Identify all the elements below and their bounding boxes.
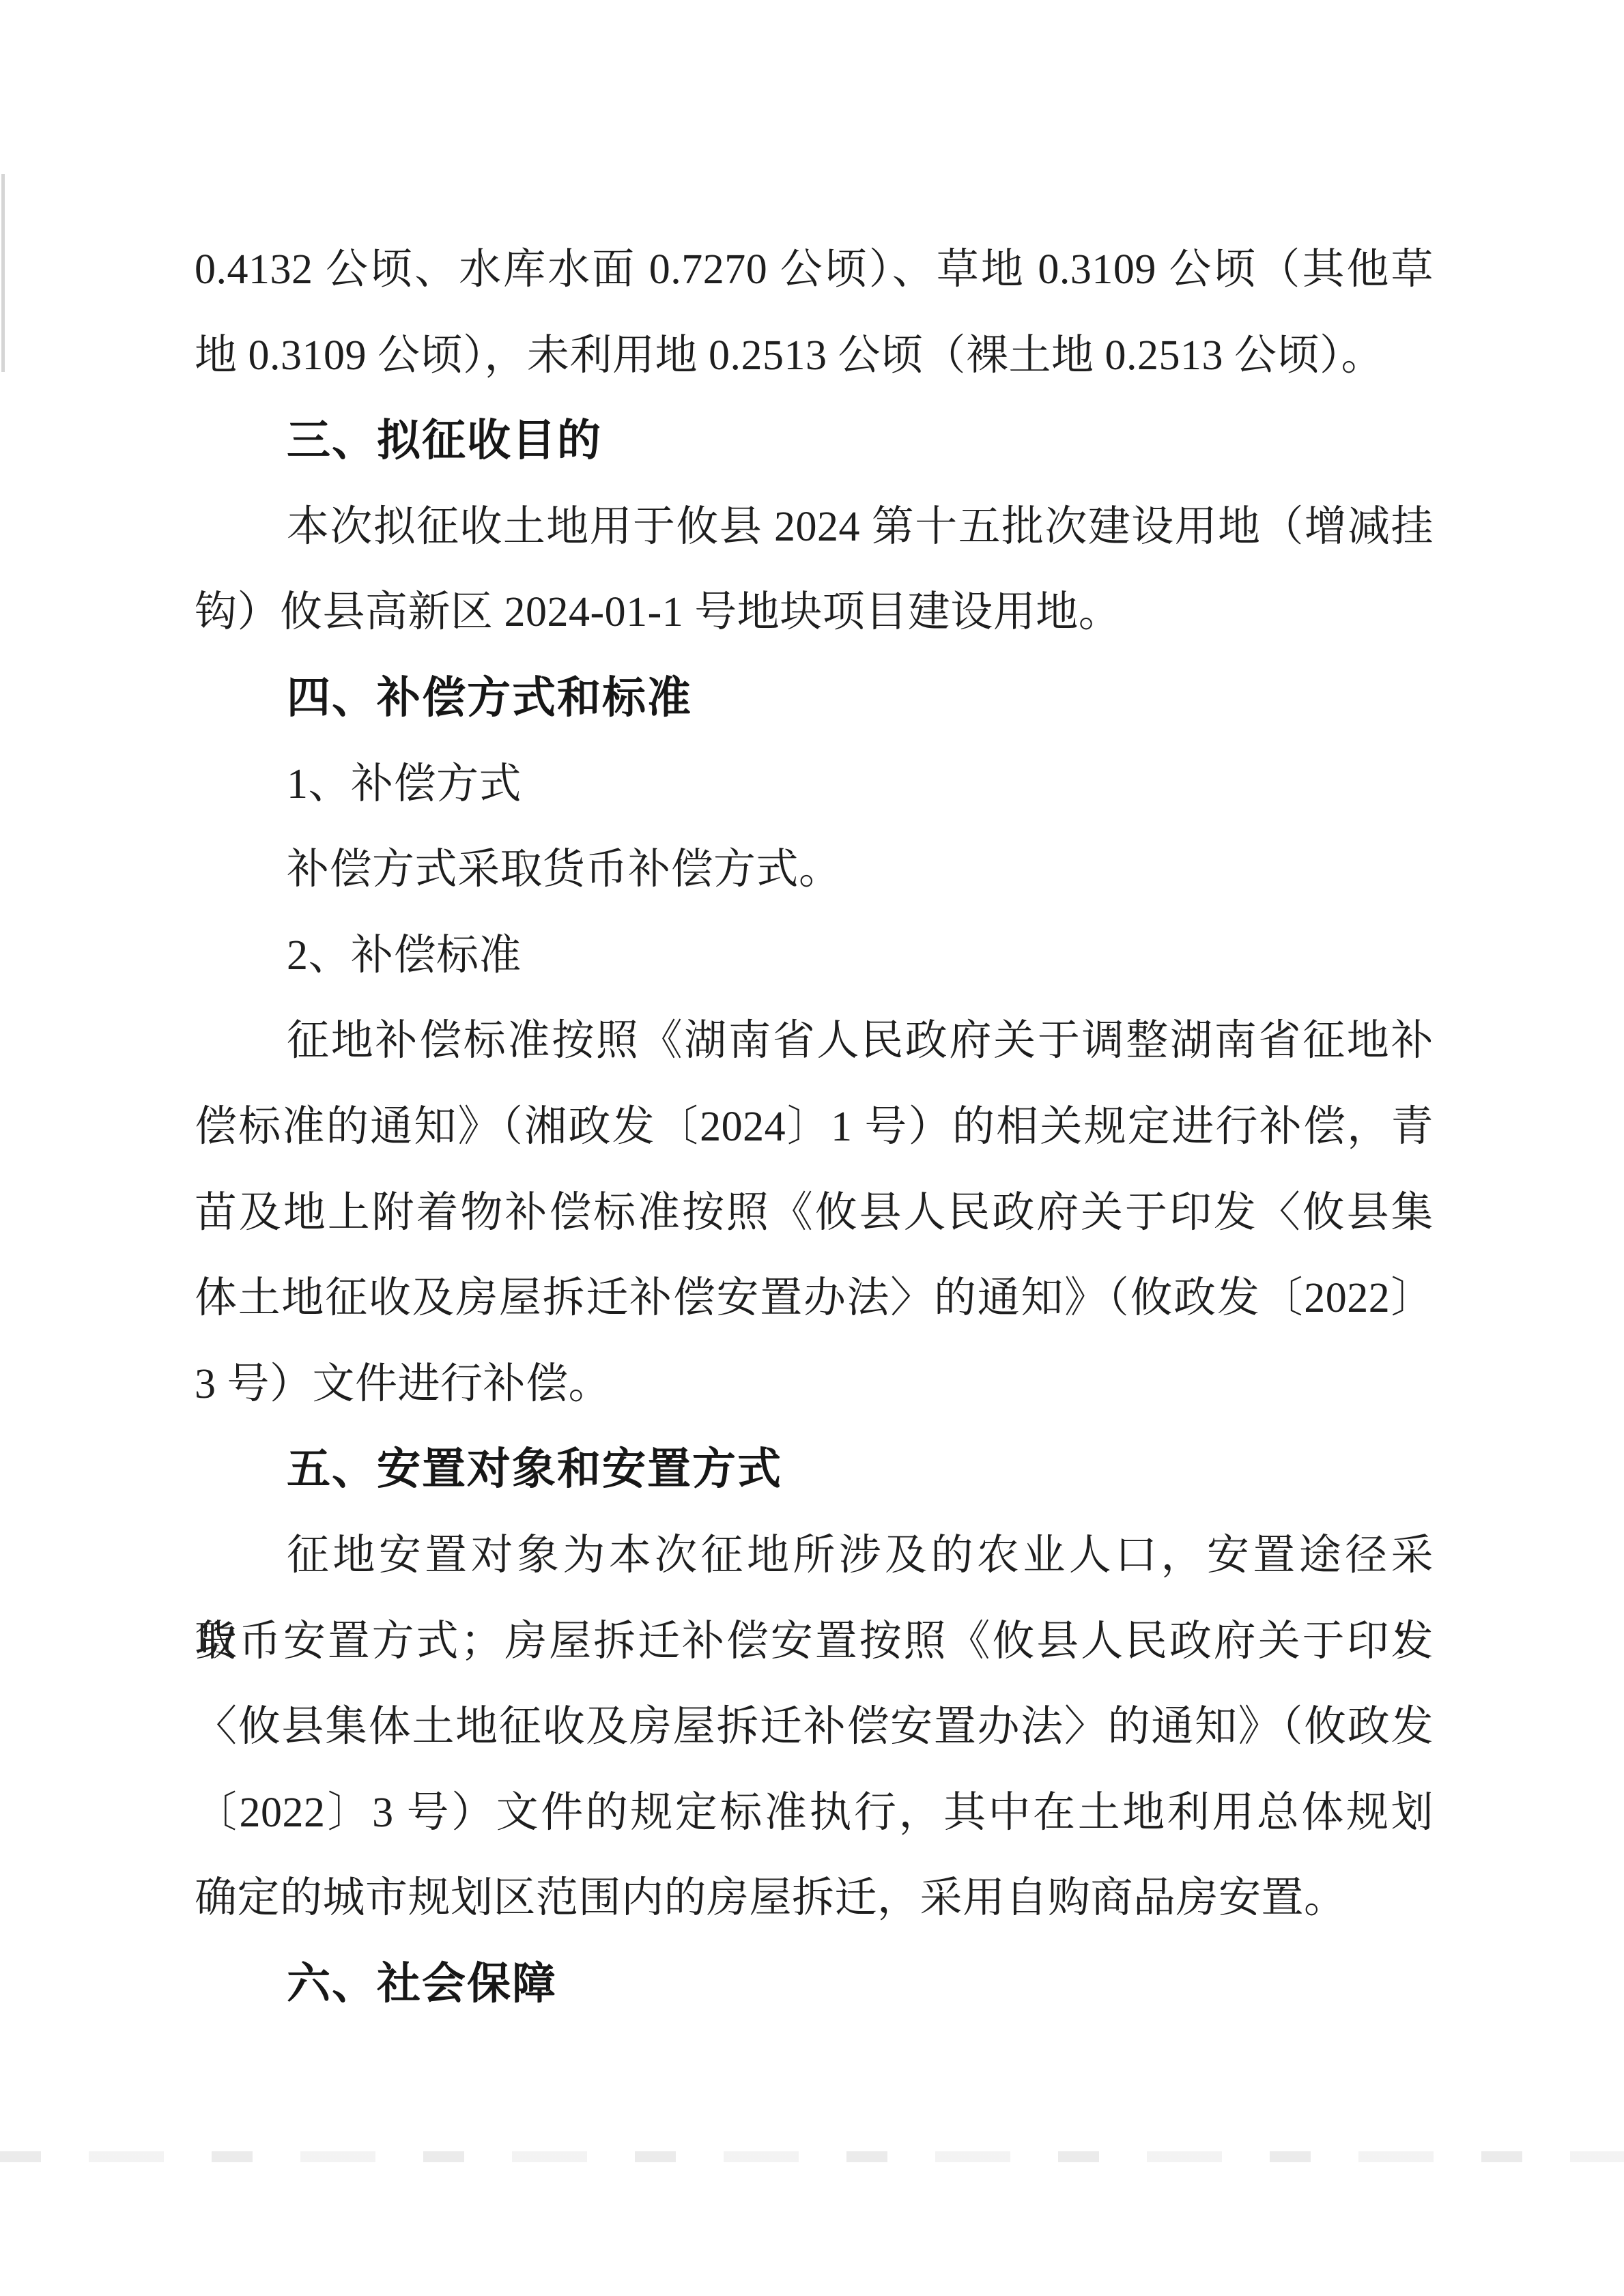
compensation-standard-line-1: 征地补偿标准按照《湖南省人民政府关于调整湖南省征地补 xyxy=(195,999,1434,1085)
land-area-detail-line-2: 地 0.3109 公顷），未利用地 0.2513 公顷（裸土地 0.2513 公… xyxy=(195,313,1434,399)
purpose-paragraph-line-1: 本次拟征收土地用于攸县 2024 第十五批次建设用地（增减挂 xyxy=(195,485,1434,571)
section-3-heading: 三、拟征收目的 xyxy=(195,399,1434,485)
scan-edge-artifact xyxy=(1,174,5,372)
resettlement-line-2: 货币安置方式；房屋拆迁补偿安置按照《攸县人民政府关于印发 xyxy=(195,1599,1434,1685)
section-5-heading: 五、安置对象和安置方式 xyxy=(195,1427,1434,1513)
resettlement-line-5: 确定的城市规划区范围内的房屋拆迁，采用自购商品房安置。 xyxy=(195,1856,1434,1942)
resettlement-line-3: 〈攸县集体土地征收及房屋拆迁补偿安置办法〉的通知》（攸政发 xyxy=(195,1684,1434,1770)
compensation-standard-line-2: 偿标准的通知》（湘政发〔2024〕1 号）的相关规定进行补偿，青 xyxy=(195,1085,1434,1171)
purpose-paragraph-line-2: 钩）攸县高新区 2024-01-1 号地块项目建设用地。 xyxy=(195,570,1434,656)
resettlement-line-1: 征地安置对象为本次征地所涉及的农业人口，安置途径采取： xyxy=(195,1513,1434,1599)
item-1-compensation-method-label: 1、补偿方式 xyxy=(195,742,1434,828)
document-page: 0.4132 公顷、水库水面 0.7270 公顷）、草地 0.3109 公顷（其… xyxy=(0,0,1624,2296)
compensation-method-line: 补偿方式采取货币补偿方式。 xyxy=(195,827,1434,913)
section-4-heading: 四、补偿方式和标准 xyxy=(195,656,1434,742)
land-area-detail-line-1: 0.4132 公顷、水库水面 0.7270 公顷）、草地 0.3109 公顷（其… xyxy=(195,227,1434,313)
compensation-standard-line-3: 苗及地上附着物补偿标准按照《攸县人民政府关于印发〈攸县集 xyxy=(195,1171,1434,1257)
resettlement-line-4: 〔2022〕3 号）文件的规定标准执行，其中在土地利用总体规划 xyxy=(195,1770,1434,1856)
scan-noise-artifact xyxy=(0,2151,1624,2162)
document-body: 0.4132 公顷、水库水面 0.7270 公顷）、草地 0.3109 公顷（其… xyxy=(195,227,1434,2027)
compensation-standard-line-5: 3 号）文件进行补偿。 xyxy=(195,1342,1434,1428)
item-2-compensation-standard-label: 2、补偿标准 xyxy=(195,913,1434,999)
section-6-heading: 六、社会保障 xyxy=(195,1942,1434,2028)
compensation-standard-line-4: 体土地征收及房屋拆迁补偿安置办法〉的通知》（攸政发〔2022〕 xyxy=(195,1256,1434,1342)
